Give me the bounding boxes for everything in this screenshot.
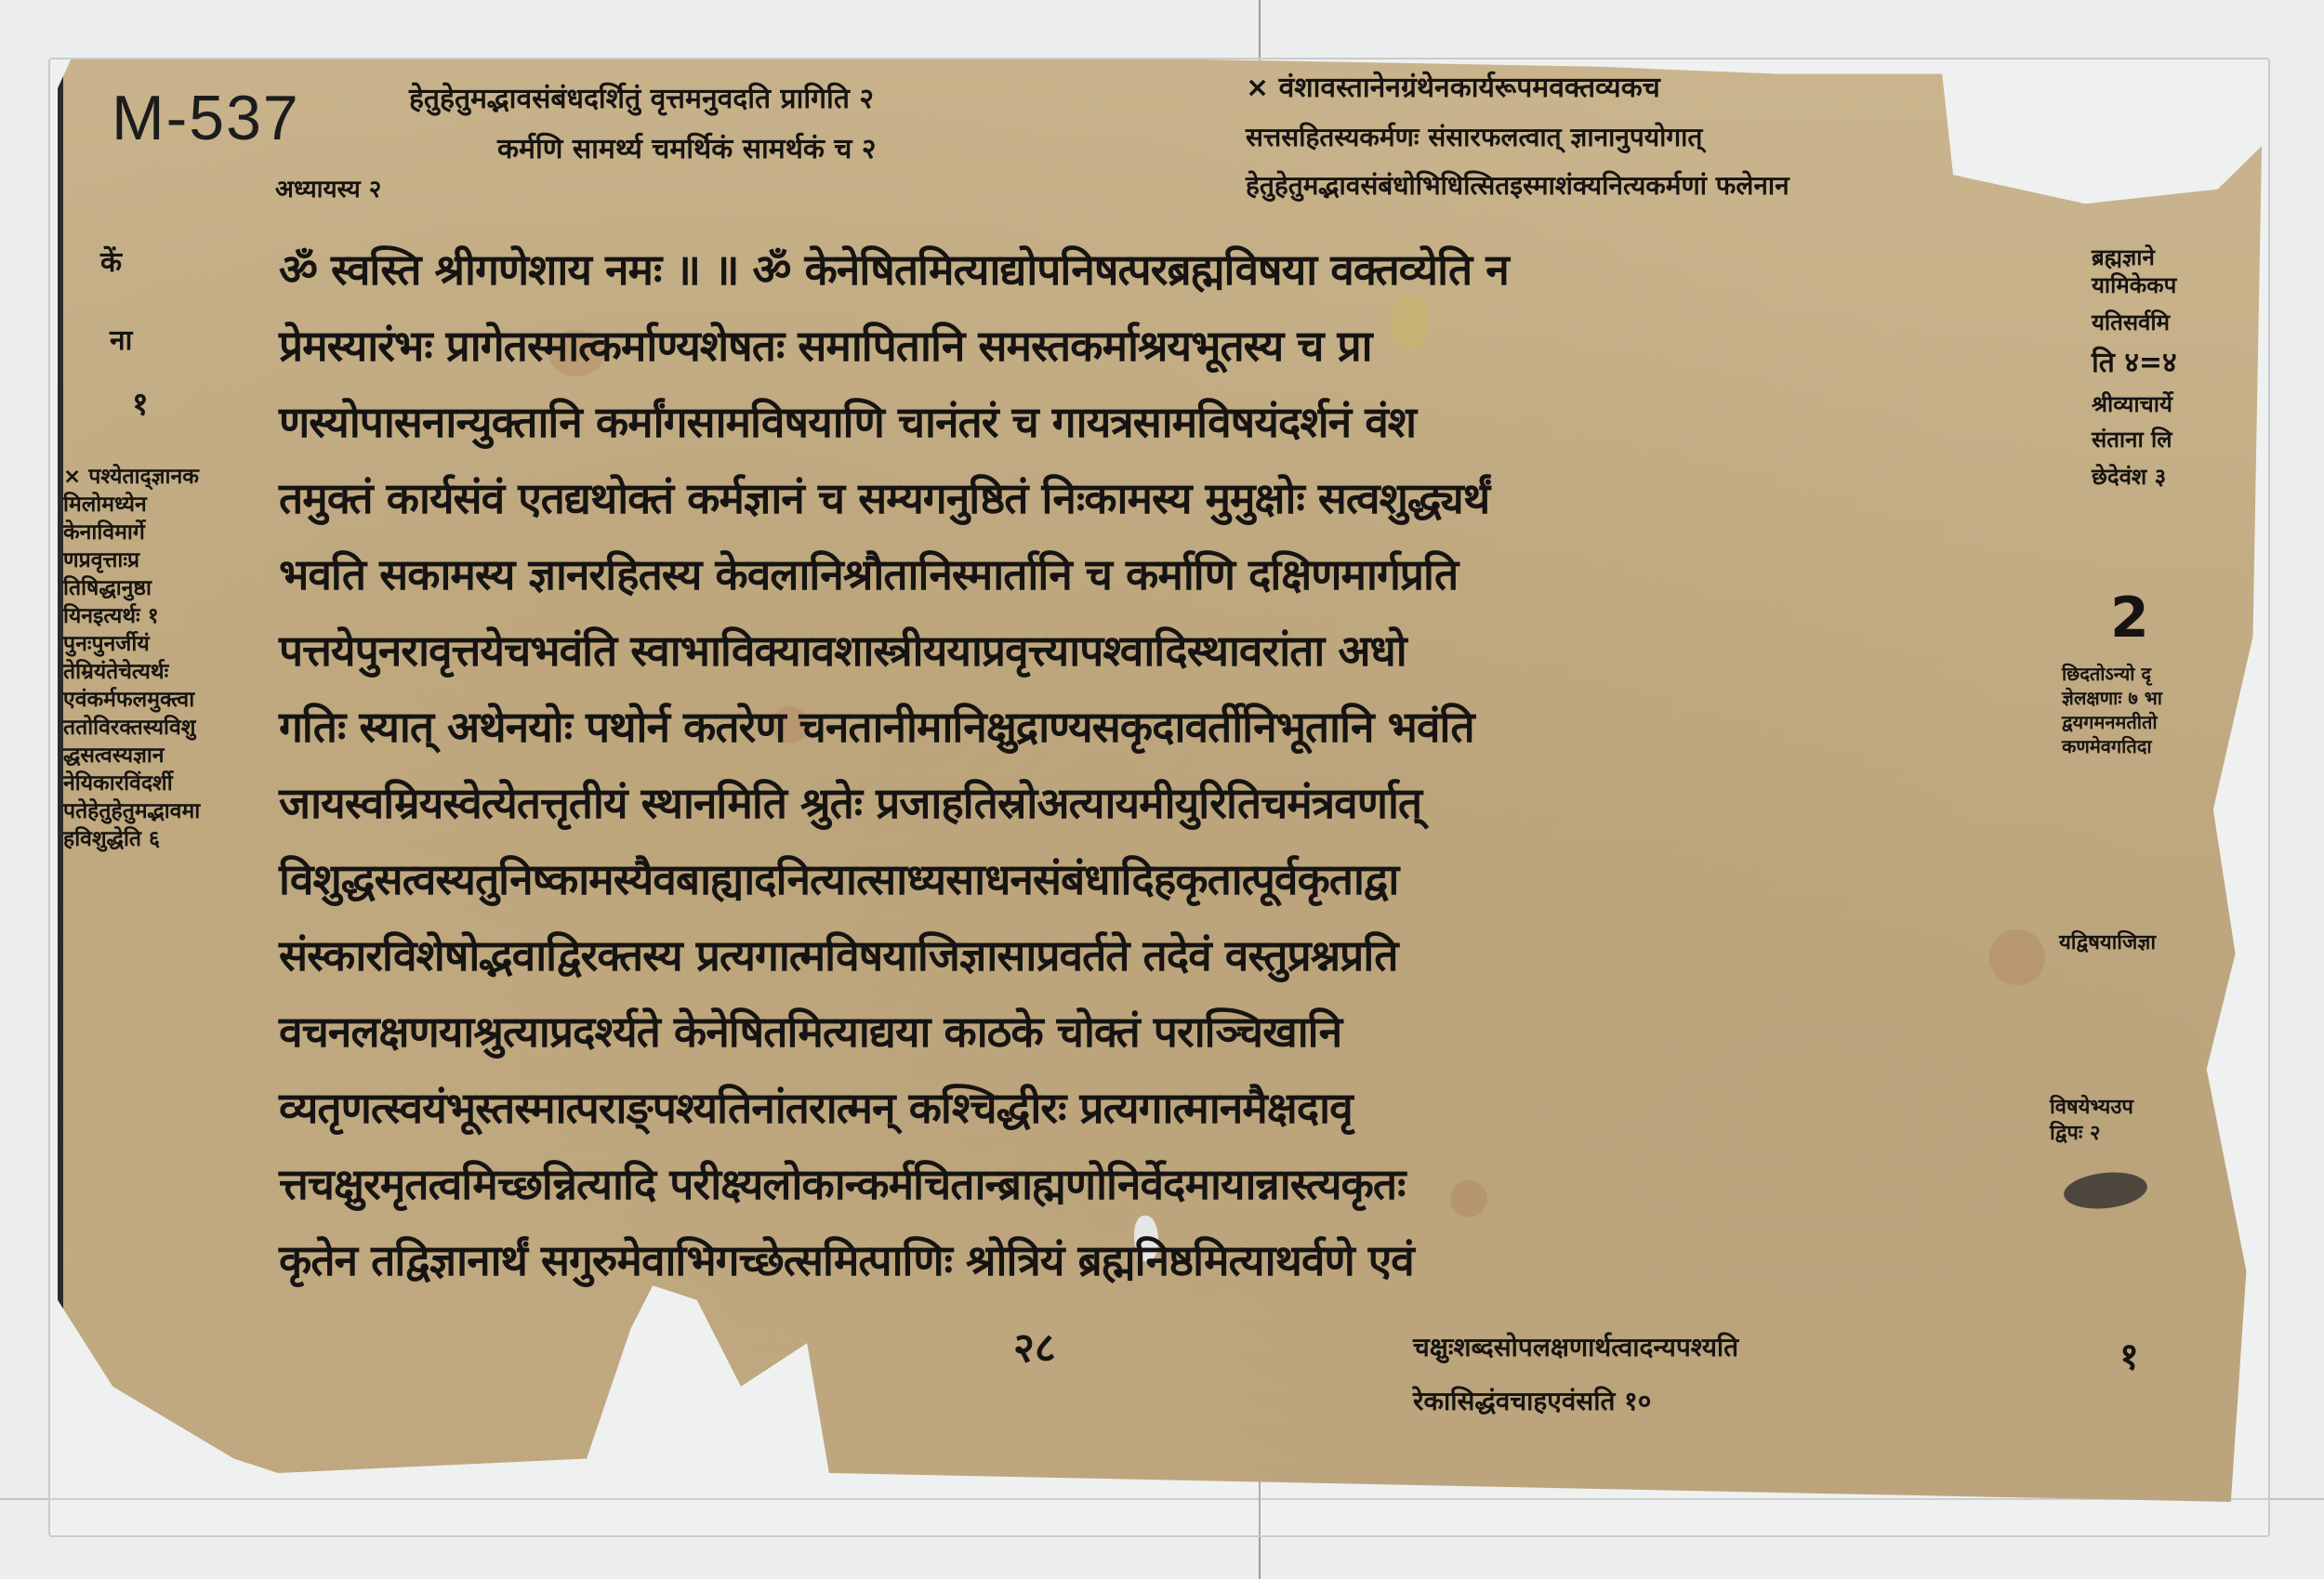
text-line: जायस्वम्रियस्वेत्येतत्तृतीयं स्थानमिति श… xyxy=(279,773,1421,831)
text-line: संस्कारविशेषोद्भवाद्विरक्तस्य प्रत्यगात्… xyxy=(279,926,1397,983)
right-note-line: यद्विषयाजिज्ञा xyxy=(2059,929,2156,957)
right-note-line: ब्रह्मज्ञाने xyxy=(2092,243,2177,271)
text-line: त्तचक्षुरमृतत्वमिच्छन्नित्यादि परीक्ष्यल… xyxy=(279,1154,1405,1212)
margin-mark: १ xyxy=(132,390,149,418)
right-note-line: ति ४=४ xyxy=(2092,349,2177,377)
right-note-line: द्वयगमनमतीतो xyxy=(2062,710,2162,734)
right-note-line: छेदेवंश ३ xyxy=(2092,463,2177,491)
right-note-line: विषयेभ्यउप xyxy=(2050,1095,2133,1121)
text-line: णस्योपासनान्युक्तानि कर्मांगसामविषयाणि च… xyxy=(279,392,1416,450)
margin-note-line: एवंकर्मफलमुक्त्वा xyxy=(63,686,200,714)
right-note-line: श्रीव्याचार्ये xyxy=(2092,390,2177,418)
repair-patch xyxy=(1392,296,1429,349)
text-line: ॐ स्वस्ति श्रीगणेशाय नमः ॥ ॥ ॐ केनेषितमि… xyxy=(279,240,1509,297)
margin-note-line: तिषिद्धानुष्ठा xyxy=(63,574,200,602)
foxing-stain xyxy=(1989,929,2045,985)
text-line: प्रेमस्यारंभः प्रागेतस्मात्कर्माण्यशेषतः… xyxy=(279,316,1372,374)
top-note-line: × वंशावस्तानेनग्रंथेनकार्यरूपमवक्तव्यकच xyxy=(1246,67,1660,105)
text-line: भवति सकामस्य ज्ञानरहितस्य केवलानिश्रौतान… xyxy=(279,545,1458,602)
margin-note-line: नेयिकारविंदर्शी xyxy=(63,770,200,797)
bottom-note-line: चक्षुःशब्दसोपलक्षणार्थत्वादन्यपश्यति xyxy=(1413,1329,1738,1364)
margin-mark: कें xyxy=(100,249,122,277)
bottom-note-line: रेकासिद्धंवचाहएवंसति १० xyxy=(1413,1383,1651,1418)
text-line: व्यतृणत्स्वयंभूस्तस्मात्पराङ्पश्यतिनांतर… xyxy=(279,1078,1353,1136)
chapter-label: अध्यायस्य २ xyxy=(275,171,381,204)
margin-note-line: यिनइत्यर्थः १ xyxy=(63,602,200,630)
margin-note-line: केनाविमार्गे xyxy=(63,519,200,546)
margin-note-line: ततोविरक्तस्यविशु xyxy=(63,714,200,742)
folio-number: २८ xyxy=(1013,1318,1056,1374)
margin-note-line: × पश्येताद्ज्ञानक xyxy=(63,463,200,491)
right-note-block: छिदतोऽन्यो दृ ज्ञेलक्षणाः ७ भा द्वयगमनमत… xyxy=(2062,662,2162,758)
margin-numeral: 2 xyxy=(2110,586,2149,651)
bottom-mark: १ xyxy=(2119,1329,2139,1380)
right-note-line: संताना लि xyxy=(2092,426,2177,454)
right-note-line: ज्ञेलक्षणाः ७ भा xyxy=(2062,686,2162,710)
text-line: कृतेन तद्विज्ञानार्थं सगुरुमेवाभिगच्छेत्… xyxy=(279,1230,1414,1288)
top-note-line: सत्तसहितस्यकर्मणः संसारफलत्वात् ज्ञानानु… xyxy=(1246,119,1702,154)
left-margin-commentary: × पश्येताद्ज्ञानक मिलोमध्येन केनाविमार्ग… xyxy=(63,463,200,853)
text-line: विशुद्धसत्वस्यतुनिष्कामस्यैवबाह्यादनित्य… xyxy=(279,849,1398,907)
right-note-line: द्विपः २ xyxy=(2050,1121,2133,1147)
top-note-line: हेतुहेतुमद्भावसंबंधदर्शितुं वृत्तमनुवदति… xyxy=(409,78,874,116)
shelfmark-label: M-537 xyxy=(112,82,300,154)
right-note-line: यामिकेकप xyxy=(2092,271,2177,299)
top-note-line: हेतुहेतुमद्भावसंबंधोभिधित्सितइस्माशंक्यन… xyxy=(1246,167,1789,203)
right-note-block: ब्रह्मज्ञाने यामिकेकप यतिसर्वमि ति ४=४ श… xyxy=(2092,243,2177,491)
margin-note-line: तेम्रियंतेचेत्यर्थः xyxy=(63,658,200,686)
text-line: गतिः स्यात् अथेनयोः पथोर्न कतरेण चनतानीम… xyxy=(279,697,1474,755)
right-note-line: कणमेवगतिदा xyxy=(2062,734,2162,758)
margin-note-line: हविशुद्धेति ६ xyxy=(63,825,200,853)
margin-note-line: पुनःपुनर्जीयं xyxy=(63,630,200,658)
right-note-block: विषयेभ्यउप द्विपः २ xyxy=(2050,1095,2133,1147)
right-note-line: यतिसर्वमि xyxy=(2092,309,2177,336)
text-line: वचनलक्षणयाश्रुत्याप्रदर्श्यते केनेषितमित… xyxy=(279,1002,1341,1059)
text-line: तमुक्तं कार्यसंवं एतद्यथोक्तं कर्मज्ञानं… xyxy=(279,468,1489,526)
top-note-line: कर्मणि सामर्थ्य चमर्थिकं सामर्थकं च २ xyxy=(497,128,876,166)
margin-note-line: मिलोमध्येन xyxy=(63,491,200,519)
right-note-line: छिदतोऽन्यो दृ xyxy=(2062,662,2162,686)
margin-note-line: पतेहेतुहेतुमद्भावमा xyxy=(63,797,200,825)
margin-note-line: णप्रवृत्ताःप्र xyxy=(63,546,200,574)
margin-mark: ना xyxy=(110,327,132,355)
margin-note-line: द्धसत्वस्यज्ञान xyxy=(63,742,200,770)
text-line: पत्तयेपुनरावृत्तयेचभवंति स्वाभाविक्यावशा… xyxy=(279,621,1406,678)
foxing-stain xyxy=(1450,1180,1487,1217)
